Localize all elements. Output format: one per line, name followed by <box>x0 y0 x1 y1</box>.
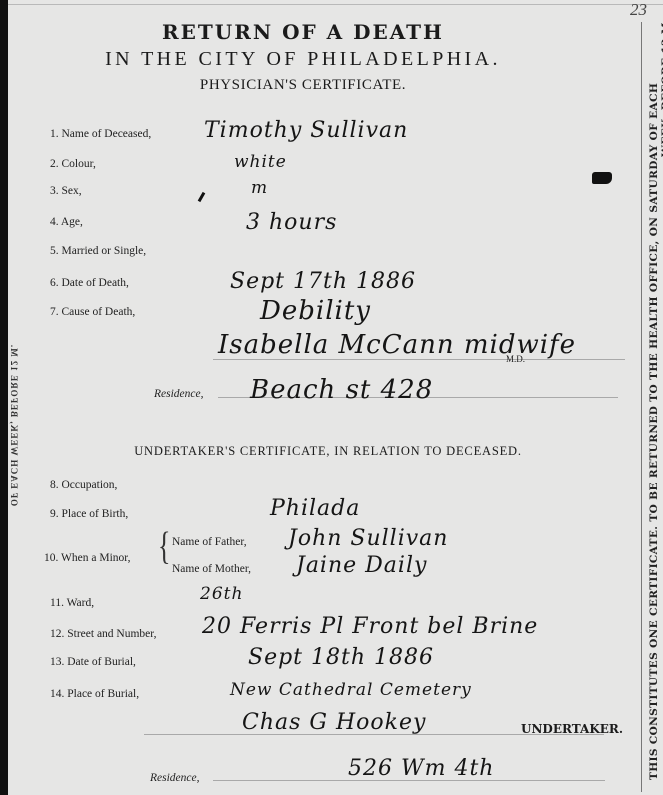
value-place-of-burial: New Cathedral Cemetery <box>230 680 472 700</box>
label-name-of-father: Name of Father, <box>172 536 247 548</box>
value-name-of-mother: Jaine Daily <box>296 553 427 578</box>
value-name-of-father: John Sullivan <box>288 526 448 551</box>
label-place-of-burial: 14. Place of Burial, <box>50 688 139 700</box>
undertaker-signature: Chas G Hookey <box>242 710 426 735</box>
document-title: RETURN OF A DEATH <box>8 20 598 44</box>
top-border <box>8 4 663 5</box>
value-colour: white <box>234 152 287 172</box>
label-physician-residence: Residence, <box>154 388 204 400</box>
left-bleed-strip: OF EACH WEEK, BEFORE 12 M. <box>0 200 16 660</box>
value-date-of-death: Sept 17th 1886 <box>230 269 416 294</box>
label-when-a-minor: 10. When a Minor, <box>44 552 131 564</box>
value-physician-residence: Beach st 428 <box>250 375 433 405</box>
value-ward: 26th <box>200 584 243 604</box>
label-occupation: 8. Occupation, <box>50 479 117 491</box>
brace: { <box>158 525 170 570</box>
label-undertaker-residence: Residence, <box>150 772 200 784</box>
label-sex: 3. Sex, <box>50 185 82 197</box>
label-date-of-death: 6. Date of Death, <box>50 277 129 289</box>
physician-certificate-heading: PHYSICIAN'S CERTIFICATE. <box>8 77 598 94</box>
death-certificate-page: RETURN OF A DEATH IN THE CITY OF PHILADE… <box>8 0 663 795</box>
label-age: 4. Age, <box>50 216 83 228</box>
page-number: 23 <box>630 0 647 20</box>
label-married-or-single: 5. Married or Single, <box>50 245 146 257</box>
value-cause-of-death: Debility <box>260 296 371 326</box>
value-date-of-burial: Sept 18th 1886 <box>248 645 434 670</box>
value-name-of-deceased: Timothy Sullivan <box>204 118 408 143</box>
undertaker-label: UNDERTAKER. <box>521 722 623 736</box>
value-sex: m <box>251 178 268 198</box>
value-place-of-birth: Philada <box>270 496 360 521</box>
side-instruction: THIS CONSTITUTES ONE CERTIFICATE. TO BE … <box>648 10 663 780</box>
document-subtitle: IN THE CITY OF PHILADELPHIA. <box>8 48 598 71</box>
ink-blot <box>592 172 612 184</box>
value-street-and-number: 20 Ferris Pl Front bel Brine <box>202 614 538 639</box>
left-bleed-text: OF EACH WEEK, BEFORE 12 M. <box>9 215 19 635</box>
label-name-of-mother: Name of Mother, <box>172 563 251 575</box>
md-suffix: M.D. <box>506 354 525 364</box>
label-ward: 11. Ward, <box>50 597 94 609</box>
side-instruction-line1: THIS CONSTITUTES ONE CERTIFICATE. TO BE … <box>648 83 660 780</box>
undertaker-certificate-heading: UNDERTAKER'S CERTIFICATE, IN RELATION TO… <box>8 444 648 459</box>
label-date-of-burial: 13. Date of Burial, <box>50 656 136 668</box>
label-street-and-number: 12. Street and Number, <box>50 628 157 640</box>
label-cause-of-death: 7. Cause of Death, <box>50 306 135 318</box>
label-name-of-deceased: 1. Name of Deceased, <box>50 128 151 140</box>
label-colour: 2. Colour, <box>50 158 96 170</box>
value-age: 3 hours <box>246 210 337 235</box>
label-place-of-birth: 9. Place of Birth, <box>50 508 128 520</box>
side-divider <box>641 22 642 792</box>
value-undertaker-residence: 526 Wm 4th <box>348 756 494 781</box>
ink-tick-mark <box>198 192 206 202</box>
